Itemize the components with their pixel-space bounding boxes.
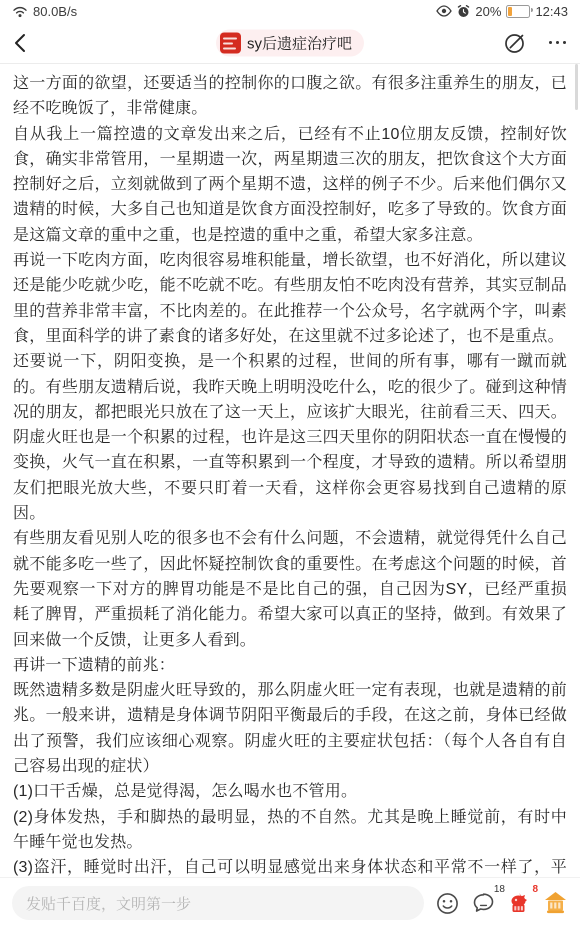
reward-lantern-icon[interactable]: 8	[506, 890, 532, 916]
app-screen: 80.0B/s 20% 12:43 sy后遗症治疗吧	[0, 0, 580, 928]
reply-input[interactable]: 发贴千百度，文明第一步	[12, 886, 424, 920]
post-paragraph: (2)身体发热，手和脚热的最明显，热的不自然。尤其是晚上睡觉前，有时中午睡午觉也…	[13, 805, 567, 856]
post-paragraph: 有些朋友看见别人吃的很多也不会有什么问题，不会遗精，就觉得凭什么自己就不能多吃一…	[13, 526, 567, 652]
nav-bar: sy后遗症治疗吧	[0, 22, 580, 64]
forum-avatar	[220, 32, 241, 53]
alarm-icon	[457, 5, 470, 18]
compose-icon[interactable]	[503, 31, 527, 55]
network-speed: 80.0B/s	[33, 4, 77, 19]
status-bar: 80.0B/s 20% 12:43	[0, 0, 580, 22]
emoji-icon[interactable]	[434, 890, 460, 916]
comment-count-badge: 18	[494, 885, 505, 895]
more-icon[interactable]	[549, 35, 567, 51]
post-paragraph: 这一方面的欲望，还要适当的控制你的口腹之欲。有很多注重养生的朋友，已经不吃晚饭了…	[13, 71, 567, 122]
back-button[interactable]	[14, 30, 40, 56]
wifi-icon	[12, 4, 28, 18]
battery-percent: 20%	[475, 4, 501, 19]
post-paragraph: (1)口干舌燥，总是觉得渴，怎么喝水也不管用。	[13, 779, 567, 804]
forum-title-pill[interactable]: sy后遗症治疗吧	[216, 29, 364, 56]
post-body: 这一方面的欲望，还要适当的控制你的口腹之欲。有很多注重养生的朋友，已经不吃晚饭了…	[0, 64, 580, 885]
treasure-pavilion-icon[interactable]	[542, 890, 568, 916]
post-paragraph: 再说一下吃肉方面，吃肉很容易堆积能量，增长欲望，也不好消化，所以建议还是能少吃就…	[13, 248, 567, 349]
clock-time: 12:43	[535, 4, 568, 19]
forum-title: sy后遗症治疗吧	[247, 32, 352, 53]
comments-icon[interactable]: 18	[470, 890, 496, 916]
post-paragraph: 既然遗精多数是阴虚火旺导致的，那么阴虚火旺一定有表现，也就是遗精的前兆。一般来讲…	[13, 678, 567, 779]
post-paragraph: 自从我上一篇控遗的文章发出来之后，已经有不止10位朋友反馈，控制好饮食，确实非常…	[13, 122, 567, 248]
scrollbar-thumb[interactable]	[575, 64, 578, 110]
battery-icon	[506, 5, 530, 18]
composer-bar: 发贴千百度，文明第一步 18 8	[0, 877, 580, 928]
post-paragraph: 再讲一下遗精的前兆：	[13, 653, 567, 678]
eye-comfort-icon	[436, 5, 452, 17]
reward-count-badge: 8	[532, 885, 538, 895]
post-paragraph: 还要说一下，阴阳变换，是一个积累的过程，世间的所有事，哪有一蹴而就的。有些朋友遗…	[13, 349, 567, 526]
